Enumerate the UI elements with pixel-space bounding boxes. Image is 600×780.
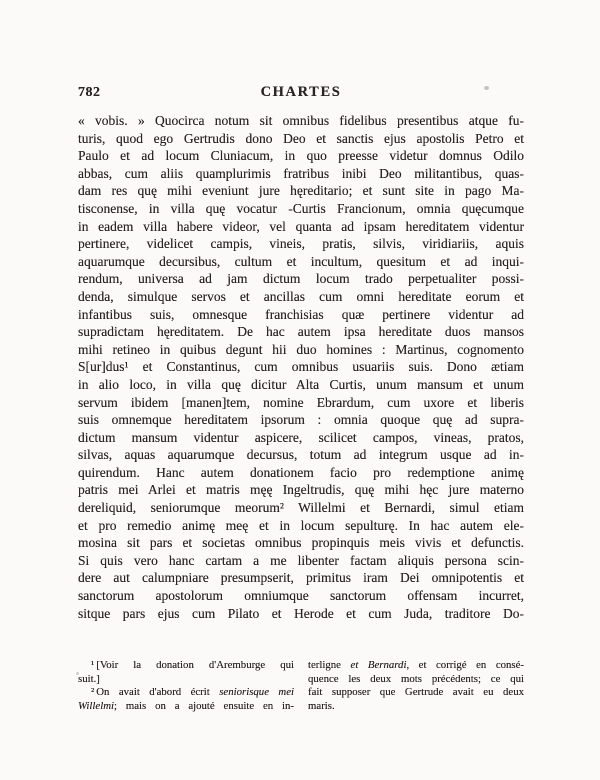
text-line: in eadem villa habere videor, vel quanta…: [78, 218, 524, 236]
text-line: mihi retineo in quibus degunt hii duo ho…: [78, 341, 524, 359]
text-line: silvas, aquas aquarumque decursus, totum…: [78, 446, 524, 464]
text-line: servum ibidem [manen]tem, nomine Ebrardu…: [78, 394, 524, 412]
footnote-2-cont-line-3: fait supposer que Gertrude avait eu deux: [308, 686, 524, 700]
charter-text-block: « vobis. » Quocirca notum sit omnibus fi…: [78, 112, 524, 622]
text-line: quirendum. Hanc autem donationem facio p…: [78, 464, 524, 482]
footnote-column-left: ¹[Voir la donation d'Aremburge qui suit.…: [78, 659, 294, 713]
text-line: dictum mansum videntur aspicere, scilice…: [78, 429, 524, 447]
footnote-2-line-2: Willelmi; mais on a ajouté ensuite en in…: [78, 700, 294, 714]
text-line: dam res quę mihi eveniunt jure hęreditar…: [78, 182, 524, 200]
text-line: in alio loco, in villa quę dicitur Alta …: [78, 376, 524, 394]
footnote-2-line-1: ²On avait d'abord écrit seniorisque mei: [78, 686, 294, 700]
text-line: tisconense, in villa quę vocatur -Curtis…: [78, 200, 524, 218]
footnote-2-text: On avait d'abord écrit: [96, 686, 210, 698]
footnote-2-cont-line-2: quence les deux mots précédents; ce qui: [308, 673, 524, 687]
text-line: turis, quod ego Gertrudis dono Deo et sa…: [78, 130, 524, 148]
footnote-2-text: ; mais on a ajouté ensuite en in-: [114, 700, 294, 712]
page-header: CHARTES 782: [78, 84, 524, 102]
text-line: aquarumque decursibus, cultum et incultu…: [78, 253, 524, 271]
text-line: et pro remedio animę meę et in locum sep…: [78, 517, 524, 535]
text-line: abbas, cum aliis quamplurimis fratribus …: [78, 165, 524, 183]
text-line: patris mei Arlei et matris męę Ingeltrud…: [78, 481, 524, 499]
footnote-column-right: terligne et Bernardi, et corrigé en cons…: [308, 659, 524, 713]
text-line: « vobis. » Quocirca notum sit omnibus fi…: [78, 112, 524, 130]
page-title: CHARTES: [78, 84, 524, 101]
text-line: mosina sit pars et societas omnibus prop…: [78, 534, 524, 552]
text-line: dere aut calumpniare presumpserit, primi…: [78, 569, 524, 587]
text-line: supradictam hęreditatem. De hac autem ip…: [78, 323, 524, 341]
book-page: CHARTES 782 « vobis. » Quocirca notum si…: [0, 0, 600, 780]
footnote-2-italic-text: Willelmi: [78, 700, 114, 712]
text-line: rendum, universa ad jam dictum locum tra…: [78, 270, 524, 288]
text-line: S[ur]dus¹ et Constantinus, cum omnibus u…: [78, 358, 524, 376]
text-line: Paulo et ad locum Cluniacum, in quo pree…: [78, 147, 524, 165]
text-line: sitque pars ejus cum Pilato et Herode et…: [78, 605, 524, 623]
text-line: suis omnemque hereditatem ipsorum : omni…: [78, 411, 524, 429]
footnote-2-italic-text: et Bernardi: [351, 659, 407, 671]
text-line: Si quis vero hanc cartam a me libenter f…: [78, 552, 524, 570]
footnote-1-line-1: ¹[Voir la donation d'Aremburge qui: [78, 659, 294, 673]
text-line: infantibus suis, omnesque franchisias qu…: [78, 306, 524, 324]
footnote-1-line-2: suit.]: [78, 673, 294, 687]
text-line: pertinere, videlicet campis, vineis, pra…: [78, 235, 524, 253]
text-line: dereliquid, seniorumque meorum² Willelmi…: [78, 499, 524, 517]
footnote-2-text: , et corrigé en consé-: [406, 659, 524, 671]
footnote-2-italic-text: seniorisque mei: [219, 686, 294, 698]
footnotes-section: ¹[Voir la donation d'Aremburge qui suit.…: [78, 659, 524, 713]
footnote-2-text: quence les deux mots précédents; ce qui: [308, 673, 524, 685]
text-line: sanctorum apostolorum omniumque sanctoru…: [78, 587, 524, 605]
footnote-2-text: maris.: [308, 700, 335, 712]
footnote-2-cont-line-4: maris.: [308, 700, 524, 714]
footnote-2-text: terligne: [308, 659, 341, 671]
text-line: denda, simulque servos et ancillas cum o…: [78, 288, 524, 306]
footnote-2-text: fait supposer que Gertrude avait eu deux: [308, 686, 524, 698]
footnote-1-text: [Voir la donation d'Aremburge qui: [96, 659, 294, 671]
footnote-2-cont-line-1: terligne et Bernardi, et corrigé en cons…: [308, 659, 524, 673]
page-number: 782: [78, 85, 101, 101]
footnote-1-text: suit.]: [78, 673, 100, 685]
